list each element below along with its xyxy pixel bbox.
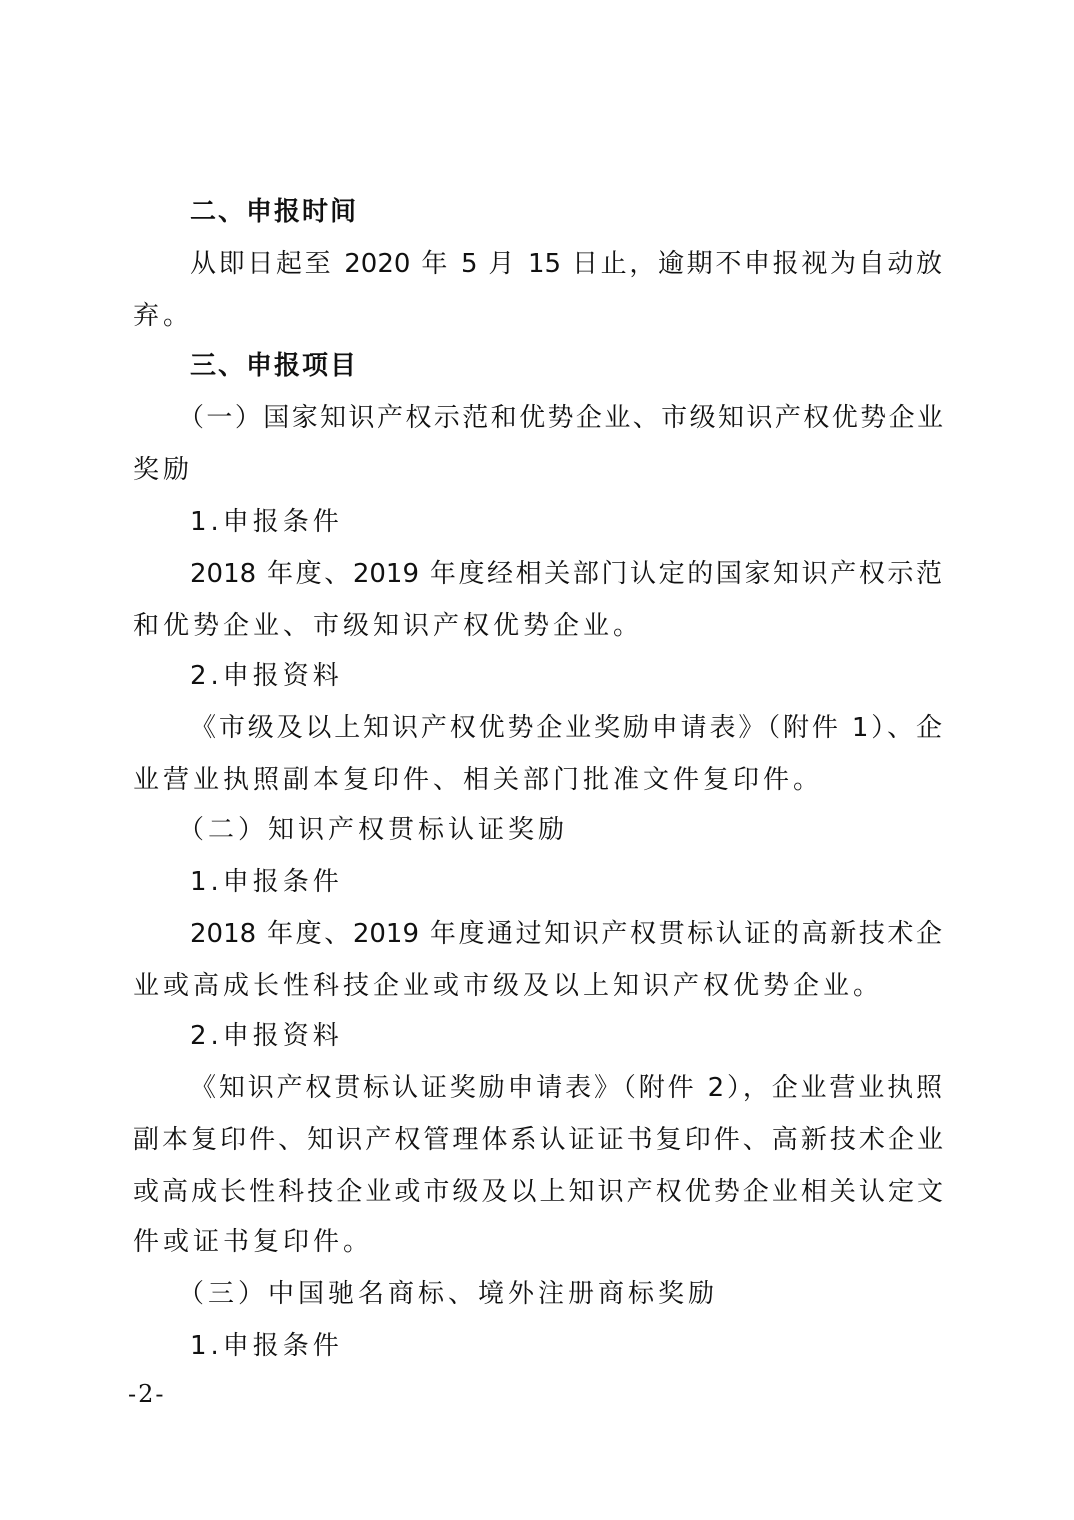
text-line-m1p1: 《市级及以上知识产权优势企业奖励申请表》（附件 1）、企 bbox=[190, 708, 942, 748]
text-line-s2: （二）知识产权贯标认证奖励 bbox=[178, 810, 568, 850]
text-line-p1b: 弃。 bbox=[133, 296, 193, 336]
text-line-h2: 二、申报时间 bbox=[190, 192, 358, 232]
page-number: -2- bbox=[128, 1380, 166, 1408]
text-line-m2: 2.申报资料 bbox=[190, 1016, 343, 1056]
text-line-s1b: 奖励 bbox=[133, 450, 193, 490]
text-line-c1: 1.申报条件 bbox=[190, 502, 343, 542]
text-line-c2p2: 业或高成长性科技企业或市级及以上知识产权优势企业。 bbox=[133, 966, 883, 1006]
text-line-s3: （三）中国驰名商标、境外注册商标奖励 bbox=[178, 1274, 718, 1314]
text-line-m2p2: 副本复印件、知识产权管理体系认证证书复印件、高新技术企业 bbox=[133, 1120, 943, 1160]
text-line-s1a: （一）国家知识产权示范和优势企业、市级知识产权优势企业 bbox=[178, 398, 943, 438]
text-line-c2p1: 2018 年度、2019 年度通过知识产权贯标认证的高新技术企 bbox=[190, 914, 942, 954]
text-line-p1a: 从即日起至 2020 年 5 月 15 日止，逾期不申报视为自动放 bbox=[190, 244, 942, 284]
text-line-m2p1: 《知识产权贯标认证奖励申请表》（附件 2），企业营业执照 bbox=[190, 1068, 942, 1108]
text-line-m2p4: 件或证书复印件。 bbox=[133, 1222, 373, 1262]
text-line-c1p2: 和优势企业、市级知识产权优势企业。 bbox=[133, 606, 643, 646]
text-line-m1p2: 业营业执照副本复印件、相关部门批准文件复印件。 bbox=[133, 760, 823, 800]
text-line-c3: 1.申报条件 bbox=[190, 1326, 343, 1366]
text-line-h3: 三、申报项目 bbox=[190, 346, 358, 386]
text-line-m1: 2.申报资料 bbox=[190, 656, 343, 696]
text-line-c2: 1.申报条件 bbox=[190, 862, 343, 902]
text-line-m2p3: 或高成长性科技企业或市级及以上知识产权优势企业相关认定文 bbox=[133, 1172, 943, 1212]
text-line-c1p1: 2018 年度、2019 年度经相关部门认定的国家知识产权示范 bbox=[190, 554, 942, 594]
